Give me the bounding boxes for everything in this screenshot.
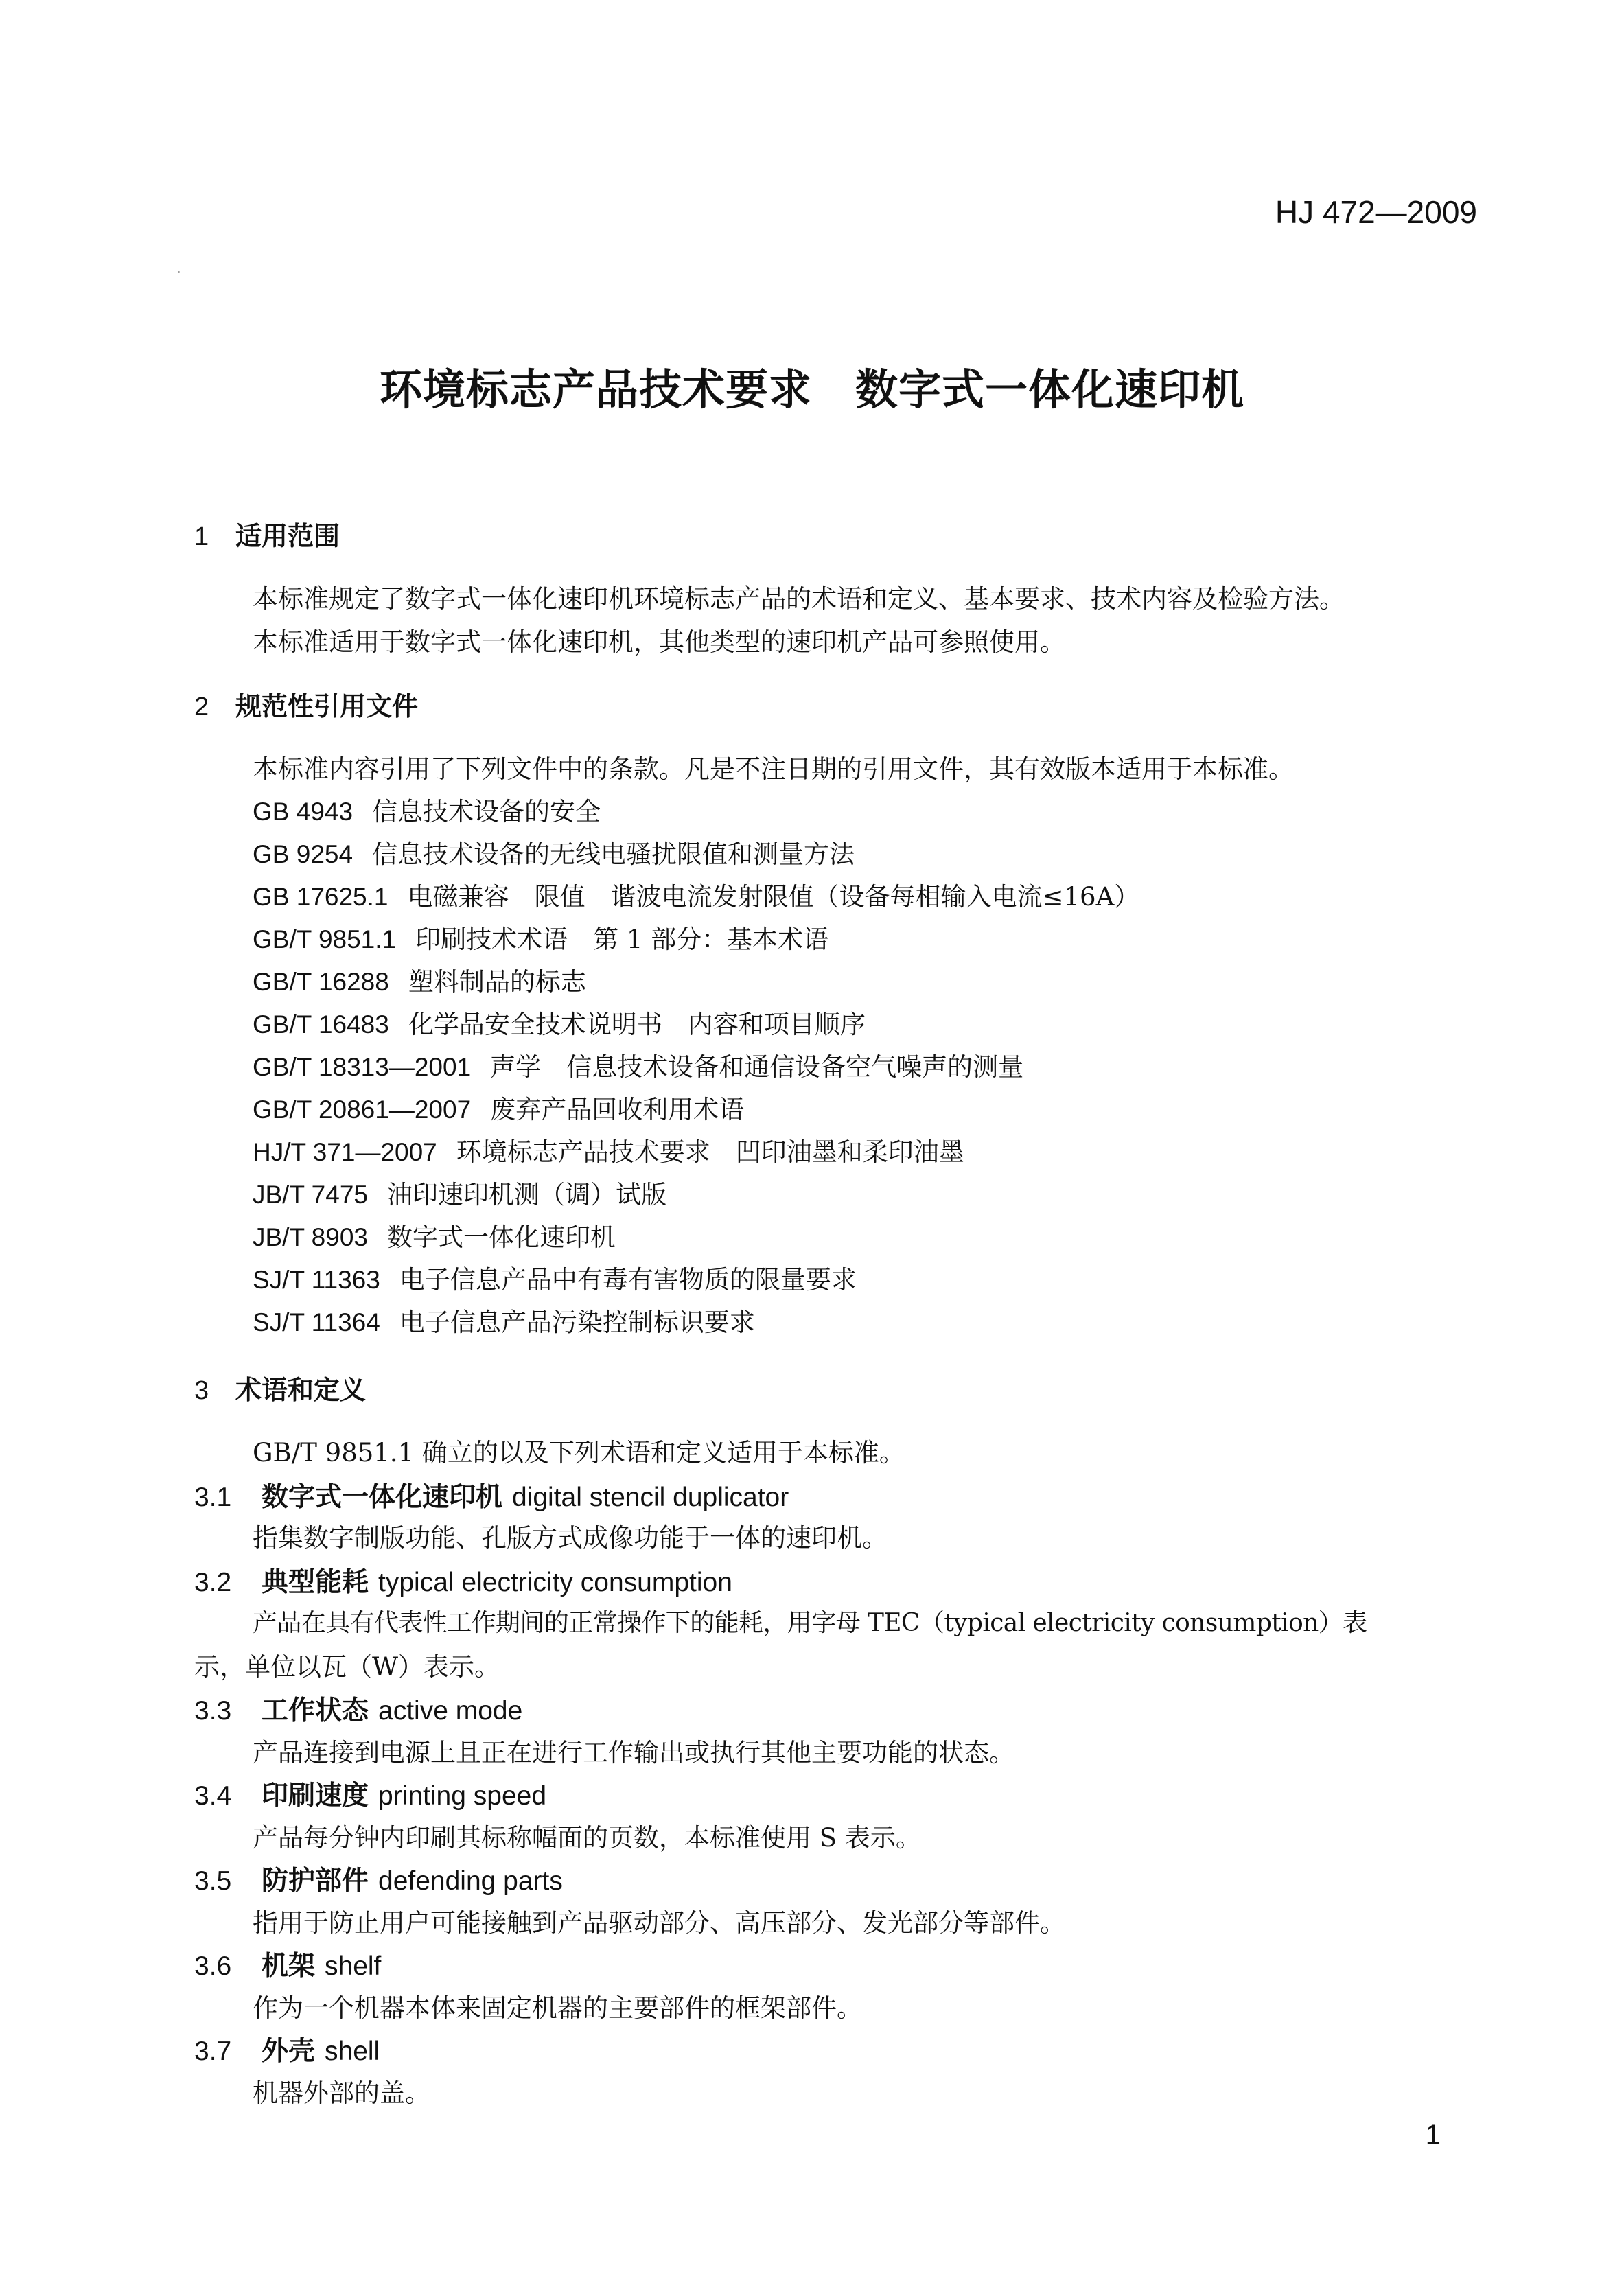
section-2-heading: 2规范性引用文件 (194, 685, 418, 723)
term-heading: 3.5防护部件defending parts (194, 1859, 563, 1898)
paragraph: 本标准内容引用了下列文件中的条款。凡是不注日期的引用文件，其有效版本适用于本标准… (253, 748, 1294, 785)
reference-code: GB 17625.1 (253, 883, 388, 911)
reference-code: GB/T 18313—2001 (253, 1053, 471, 1081)
term-zh: 防护部件 (262, 1866, 369, 1897)
reference-code: GB/T 16483 (253, 1010, 389, 1039)
paragraph: 本标准规定了数字式一体化速印机环境标志产品的术语和定义、基本要求、技术内容及检验… (253, 578, 1345, 615)
reference-item: GB 4943信息技术设备的安全 (253, 791, 601, 828)
section-title: 适用范围 (235, 521, 340, 551)
term-zh: 数字式一体化速印机 (262, 1482, 502, 1513)
term-number: 3.2 (194, 1568, 262, 1598)
term-en: shell (325, 2037, 380, 2066)
term-definition: 产品每分钟内印刷其标称幅面的页数，本标准使用 S 表示。 (253, 1817, 921, 1854)
term-heading: 3.2典型能耗typical electricity consumption (194, 1561, 732, 1599)
reference-code: GB 4943 (253, 798, 353, 826)
term-definition: 指用于防止用户可能接触到产品驱动部分、高压部分、发光部分等部件。 (253, 1902, 1065, 1939)
term-definition: 产品在具有代表性工作期间的正常操作下的能耗，用字母 TEC（typical el… (253, 1603, 1367, 1638)
reference-title: 信息技术设备的无线电骚扰限值和测量方法 (372, 839, 855, 869)
term-zh: 工作状态 (262, 1695, 369, 1726)
reference-title: 环境标志产品技术要求 凹印油墨和柔印油墨 (456, 1137, 964, 1167)
reference-title: 塑料制品的标志 (408, 967, 586, 997)
reference-item: HJ/T 371—2007环境标志产品技术要求 凹印油墨和柔印油墨 (253, 1131, 964, 1168)
reference-item: SJ/T 11364电子信息产品污染控制标识要求 (253, 1301, 755, 1338)
page-number: 1 (1426, 2120, 1441, 2150)
section-title: 术语和定义 (235, 1375, 366, 1405)
reference-item: GB/T 20861—2007废弃产品回收利用术语 (253, 1089, 744, 1126)
document-title: 环境标志产品技术要求 数字式一体化速印机 (0, 356, 1624, 417)
term-heading: 3.1数字式一体化速印机digital stencil duplicator (194, 1476, 789, 1514)
reference-title: 信息技术设备的安全 (372, 797, 601, 826)
reference-title: 电子信息产品污染控制标识要求 (399, 1308, 755, 1337)
reference-item: JB/T 7475油印速印机测（调）试版 (253, 1174, 666, 1211)
term-heading: 3.7外壳shell (194, 2030, 380, 2068)
reference-title: 印刷技术术语 第 1 部分：基本术语 (415, 925, 828, 954)
reference-item: GB 17625.1电磁兼容 限值 谐波电流发射限值（设备每相输入电流≤16A） (253, 876, 1139, 913)
section-number: 2 (194, 693, 235, 722)
term-definition: 作为一个机器本体来固定机器的主要部件的框架部件。 (253, 1987, 862, 2024)
reference-code: GB/T 20861—2007 (253, 1095, 471, 1124)
term-en: defending parts (378, 1866, 563, 1896)
term-zh: 机架 (262, 1951, 315, 1982)
reference-code: HJ/T 371—2007 (253, 1138, 437, 1166)
section-1-heading: 1适用范围 (194, 515, 340, 553)
reference-code: GB/T 9851.1 (253, 925, 396, 953)
term-heading: 3.3工作状态active mode (194, 1689, 522, 1728)
paragraph: 本标准适用于数字式一体化速印机，其他类型的速印机产品可参照使用。 (253, 621, 1065, 658)
term-zh: 典型能耗 (262, 1567, 369, 1598)
term-definition: 产品连接到电源上且正在进行工作输出或执行其他主要功能的状态。 (253, 1732, 1014, 1769)
term-en: typical electricity consumption (378, 1568, 732, 1597)
reference-item: GB/T 16483化学品安全技术说明书 内容和项目顺序 (253, 1004, 866, 1041)
reference-item: GB 9254信息技术设备的无线电骚扰限值和测量方法 (253, 833, 855, 870)
term-en: active mode (378, 1696, 522, 1726)
reference-code: JB/T 7475 (253, 1181, 368, 1209)
term-number: 3.3 (194, 1696, 262, 1726)
term-definition: 机器外部的盖。 (253, 2072, 430, 2109)
term-definition: 指集数字制版功能、孔版方式成像功能于一体的速印机。 (253, 1517, 888, 1554)
term-number: 3.1 (194, 1483, 262, 1513)
section-3-heading: 3术语和定义 (194, 1369, 366, 1406)
section-number: 3 (194, 1376, 235, 1406)
reference-item: GB/T 18313—2001声学 信息技术设备和通信设备空气噪声的测量 (253, 1046, 1023, 1083)
term-number: 3.5 (194, 1866, 262, 1897)
reference-code: GB 9254 (253, 840, 353, 868)
reference-item: GB/T 16288塑料制品的标志 (253, 961, 586, 998)
reference-code: GB/T 16288 (253, 968, 389, 996)
reference-item: SJ/T 11363电子信息产品中有毒有害物质的限量要求 (253, 1259, 857, 1296)
term-en: printing speed (378, 1781, 546, 1811)
reference-title: 化学品安全技术说明书 内容和项目顺序 (408, 1010, 866, 1039)
reference-title: 数字式一体化速印机 (387, 1222, 616, 1252)
term-number: 3.7 (194, 2037, 262, 2067)
term-zh: 外壳 (262, 2036, 315, 2067)
reference-code: JB/T 8903 (253, 1223, 368, 1251)
reference-title: 油印速印机测（调）试版 (387, 1180, 666, 1209)
standard-code-header: HJ 472—2009 (1275, 194, 1477, 231)
reference-code: SJ/T 11363 (253, 1266, 380, 1294)
term-zh: 印刷速度 (262, 1781, 369, 1811)
term-en: shelf (325, 1951, 381, 1981)
reference-title: 电磁兼容 限值 谐波电流发射限值（设备每相输入电流≤16A） (407, 882, 1139, 912)
reference-title: 电子信息产品中有毒有害物质的限量要求 (399, 1265, 857, 1295)
scan-speck (178, 271, 180, 273)
section-title: 规范性引用文件 (235, 691, 418, 721)
term-definition-continued: 示，单位以瓦（W）表示。 (194, 1646, 500, 1683)
section-number: 1 (194, 522, 235, 552)
term-heading: 3.6机架shelf (194, 1945, 381, 1983)
term-heading: 3.4印刷速度printing speed (194, 1774, 546, 1813)
reference-title: 废弃产品回收利用术语 (490, 1095, 744, 1124)
reference-code: SJ/T 11364 (253, 1308, 380, 1336)
term-number: 3.4 (194, 1781, 262, 1811)
reference-item: JB/T 8903数字式一体化速印机 (253, 1216, 616, 1253)
reference-title: 声学 信息技术设备和通信设备空气噪声的测量 (490, 1052, 1023, 1082)
paragraph: GB/T 9851.1 确立的以及下列术语和定义适用于本标准。 (253, 1432, 905, 1469)
term-en: digital stencil duplicator (512, 1483, 789, 1512)
term-number: 3.6 (194, 1951, 262, 1982)
reference-item: GB/T 9851.1印刷技术术语 第 1 部分：基本术语 (253, 918, 828, 955)
